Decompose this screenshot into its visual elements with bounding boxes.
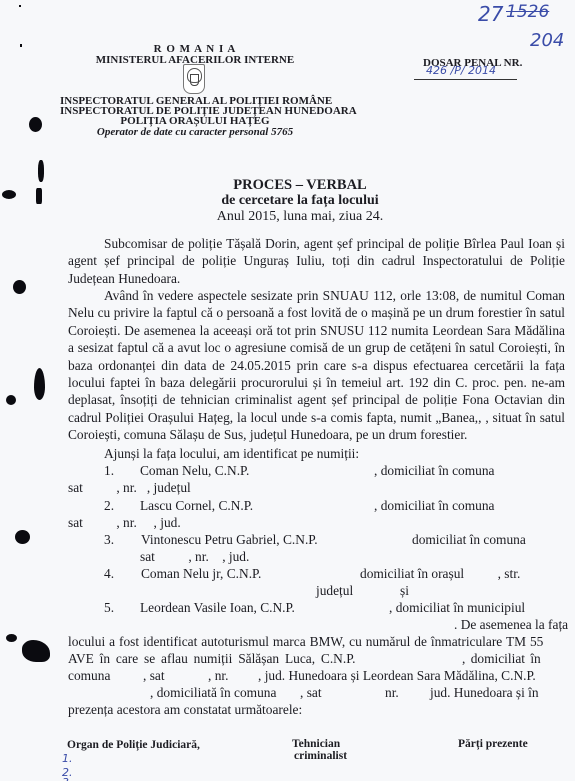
punch-hole bbox=[15, 530, 30, 544]
document-date: Anul 2015, luna mai, ziua 24. bbox=[100, 209, 500, 225]
person-address: sat , nr. , jud. bbox=[140, 549, 249, 565]
person-address: județul și bbox=[316, 583, 409, 599]
handwritten-registry-number: 1526 bbox=[506, 2, 549, 22]
person-name: Lascu Cornel, C.N.P. bbox=[140, 498, 253, 514]
person-residence: domiciliat în comuna bbox=[412, 532, 526, 548]
person-number: 3. bbox=[104, 532, 114, 548]
handwritten-page-number: 27 bbox=[478, 2, 503, 26]
technician-label-2: criminalist bbox=[294, 750, 347, 762]
person-residence: domiciliat în orașul , str. bbox=[360, 566, 520, 582]
punch-hole bbox=[19, 5, 21, 7]
punch-hole bbox=[20, 44, 22, 47]
vehicle-line-3a: comuna bbox=[68, 668, 110, 684]
police-crest-icon bbox=[183, 64, 205, 94]
punch-hole bbox=[6, 634, 17, 642]
handwritten-folio-number: 204 bbox=[530, 30, 564, 51]
document-subtitle: de cercetare la fața locului bbox=[100, 193, 500, 209]
case-file-underline bbox=[414, 79, 517, 80]
signature-number: 3. bbox=[62, 776, 73, 781]
punch-hole bbox=[13, 280, 26, 294]
person-residence: , domiciliat în comuna bbox=[374, 498, 495, 514]
data-operator-note: Operator de date cu caracter personal 57… bbox=[60, 126, 330, 138]
vehicle-line-4a: , domiciliată în comuna bbox=[150, 685, 276, 701]
person-name: Coman Nelu, C.N.P. bbox=[140, 463, 249, 479]
shield-icon bbox=[190, 74, 199, 86]
person-address: . De asemenea la fața bbox=[454, 617, 568, 633]
paragraph-officers: Subcomisar de poliție Tășală Dorin, agen… bbox=[68, 235, 565, 287]
vehicle-line-4c: nr. bbox=[385, 685, 399, 701]
vehicle-line-2a: AVE în care se aflau numiții Sălășan Luc… bbox=[68, 651, 356, 667]
person-number: 2. bbox=[104, 498, 114, 514]
vehicle-line-3b: , sat bbox=[143, 668, 165, 684]
person-number: 1. bbox=[104, 463, 114, 479]
vehicle-line-4b: , sat bbox=[300, 685, 322, 701]
punch-hole bbox=[29, 117, 42, 132]
punch-hole bbox=[34, 368, 45, 400]
person-number: 4. bbox=[104, 566, 114, 582]
person-name: Coman Nelu jr, C.N.P. bbox=[141, 566, 261, 582]
punch-hole bbox=[36, 188, 42, 204]
signature-number: 1. bbox=[62, 752, 73, 765]
punch-hole bbox=[22, 640, 50, 662]
person-address: sat , nr. , județul bbox=[68, 480, 191, 496]
person-residence: , domiciliat în comuna bbox=[374, 463, 495, 479]
paragraph-incident: Având în vedere aspectele sesizate prin … bbox=[68, 287, 565, 444]
vehicle-line-3d: , jud. Hunedoara și Leordean Sara Mădăli… bbox=[258, 668, 536, 684]
vehicle-line-4d: jud. Hunedoara și în bbox=[430, 685, 539, 701]
vehicle-line-5: prezența acestora am constatat următoare… bbox=[68, 702, 302, 718]
vehicle-line-3c: , nr. bbox=[208, 668, 228, 684]
person-name: Leordean Vasile Ioan, C.N.P. bbox=[140, 600, 295, 616]
technician-label: Tehnician bbox=[292, 738, 340, 750]
punch-hole bbox=[6, 395, 16, 405]
person-address: sat , nr. , jud. bbox=[68, 515, 181, 531]
vehicle-line-2b: , domiciliat în bbox=[462, 651, 541, 667]
judicial-police-label: Organ de Poliție Judiciară, bbox=[67, 739, 200, 751]
vehicle-line-1: locului a fost identificat autoturismul … bbox=[68, 634, 543, 650]
document-page: 27 1526 204 R O M A N I A MINISTERUL AFA… bbox=[0, 0, 575, 781]
person-number: 5. bbox=[104, 600, 114, 616]
person-name: Vintonescu Petru Gabriel, C.N.P. bbox=[141, 532, 318, 548]
parties-present-label: Părți prezente bbox=[458, 738, 528, 750]
document-title: PROCES – VERBAL bbox=[100, 177, 500, 194]
punch-hole bbox=[38, 160, 44, 182]
person-residence: , domiciliat în municipiul bbox=[389, 600, 525, 616]
case-file-number: 426 /P/ 2014 bbox=[426, 64, 496, 77]
punch-hole bbox=[2, 190, 16, 199]
paragraph-identified: Ajunși la fața locului, am identificat p… bbox=[104, 446, 359, 462]
